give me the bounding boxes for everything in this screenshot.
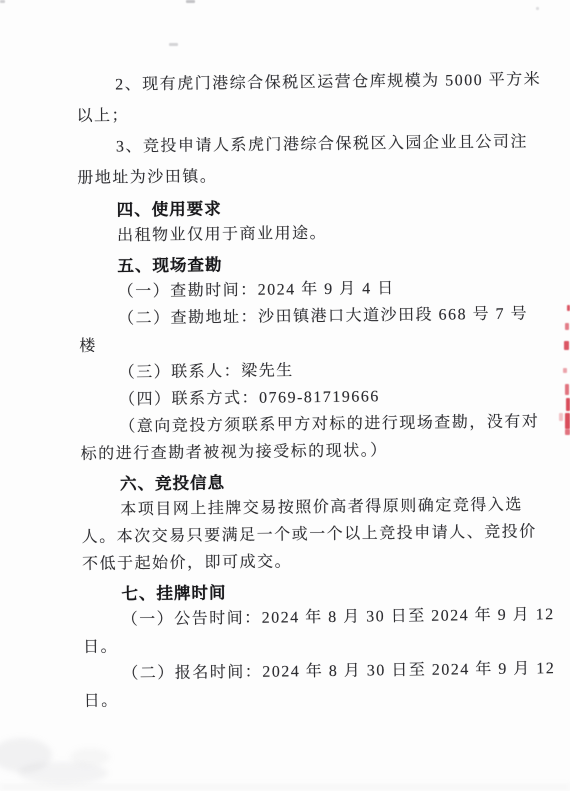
text-line: 不低于起始价，即可成交。 — [82, 546, 524, 578]
text-line: 日。 — [84, 683, 526, 715]
text-line: （一）公告时间：2024 年 8 月 30 日至 2024 年 9 月 12 — [83, 602, 525, 634]
red-ink-mark — [565, 384, 569, 395]
text-line: （二）查勘地址：沙田镇港口大道沙田段 668 号 7 号 — [79, 301, 521, 333]
document-text-block: 2、现有虎门港综合保税区运营仓库规模为 5000 平方米 以上； 3、竞投申请人… — [76, 65, 526, 715]
scan-speck — [186, 0, 195, 3]
text-line: 2、现有虎门港综合保税区运营仓库规模为 5000 平方米 — [76, 65, 518, 101]
text-line: 册地址为沙田镇。 — [77, 158, 519, 194]
text-line: （二）报名时间：2024 年 8 月 30 日至 2024 年 9 月 12 — [83, 656, 525, 688]
red-ink-mark — [559, 413, 563, 421]
scan-speck — [536, 7, 539, 10]
scan-speck — [169, 43, 178, 46]
scanned-document-page: 2、现有虎门港综合保税区运营仓库规模为 5000 平方米 以上； 3、竞投申请人… — [0, 0, 570, 791]
scan-speck — [0, 0, 5, 3]
text-line: （意向竞投方须联系甲方对标的进行现场查勘，没有对 — [80, 409, 522, 441]
red-ink-mark — [565, 323, 569, 330]
text-line: 标的进行查勘者被视为接受标的现状。） — [81, 436, 523, 468]
red-ink-mark — [565, 429, 570, 435]
red-ink-mark — [566, 398, 570, 411]
scan-smudge — [0, 783, 570, 791]
red-ink-mark — [564, 341, 569, 350]
text-line: 3、竞投申请人系虎门港综合保税区入园企业且公司注 — [77, 127, 519, 163]
red-ink-mark — [563, 368, 567, 373]
red-ink-mark — [565, 413, 570, 429]
text-line: 出租物业仅用于商业用途。 — [78, 218, 520, 250]
text-line: 人。本次交易只要满足一个或一个以上竞投申请人、竞投价 — [82, 519, 524, 551]
scan-smudge — [70, 748, 110, 766]
